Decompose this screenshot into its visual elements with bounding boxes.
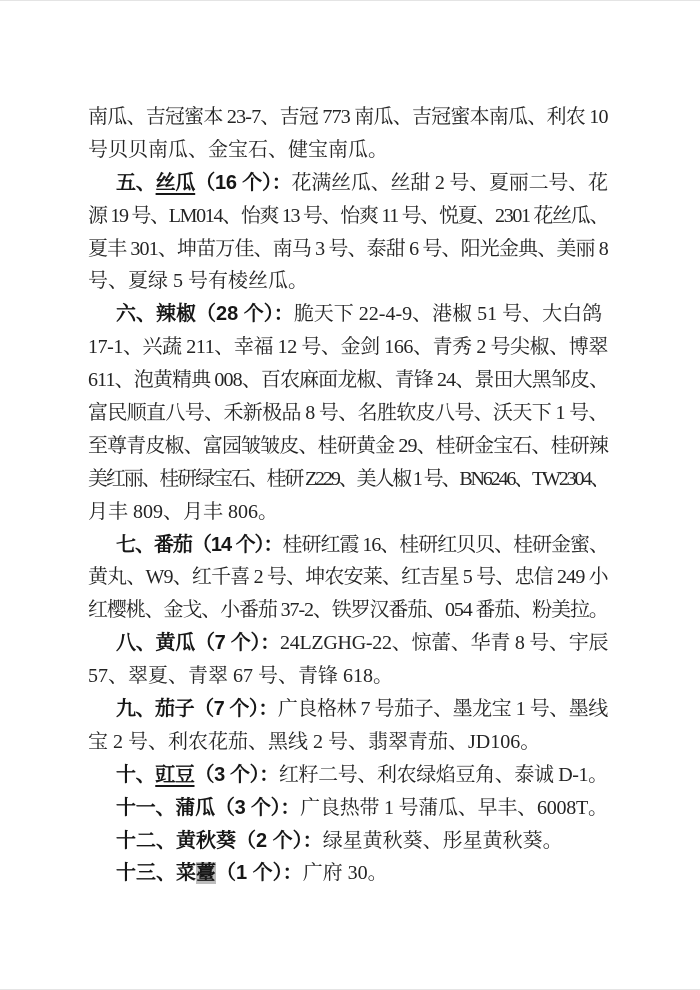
section-title: 茄子 <box>155 698 194 720</box>
body-text: 富民顺直八号、禾新极品 8 号、名胜软皮八号、沃天下 1 号、 <box>88 402 608 424</box>
body-text: 号贝贝南瓜、金宝石、健宝南瓜。 <box>88 139 388 161</box>
section-line: 十三、菜薹（1 个）：广府 30。 <box>88 857 608 890</box>
section-title: 黄秋葵 <box>176 830 236 852</box>
section-title: 七、 <box>116 534 154 556</box>
section-title-highlighted: 薹 <box>196 862 216 884</box>
section-title: （2 个）： <box>236 830 323 852</box>
doc-line: 南瓜、吉冠蜜本 23-7、吉冠 773 南瓜、吉冠蜜本南瓜、利农 10 <box>88 101 608 134</box>
body-text: 17-1、兴蔬 211、幸福 12 号、金剑 166、青秀 2 号尖椒、博翠 <box>88 336 608 358</box>
doc-line: 至尊青皮椒、富园皱皱皮、桂研黄金 29、桂研金宝石、桂研辣 <box>88 430 608 463</box>
body-text: 至尊青皮椒、富园皱皱皮、桂研黄金 29、桂研金宝石、桂研辣 <box>88 435 608 457</box>
section-line: 九、茄子（7 个）：广良格林 7 号茄子、墨龙宝 1 号、墨线 <box>88 693 608 726</box>
body-text: 611、泡黄精典 008、百农麻面龙椒、青锋 24、景田大黑邹皮、 <box>88 369 608 391</box>
body-text: 红籽二号、利农绿焰豆角、泰诚 D-1。 <box>279 764 608 786</box>
doc-line: 宝 2 号、利农花茄、黑线 2 号、翡翠青茄、JD106。 <box>88 726 608 759</box>
section-title: （3 个）： <box>215 797 300 819</box>
body-text: 广良格林 7 号茄子、墨龙宝 1 号、墨线 <box>278 698 608 720</box>
section-title: 八、 <box>116 632 155 654</box>
section-title: 五、 <box>116 172 156 194</box>
body-text: 花满丝瓜、丝甜 2 号、夏丽二号、花 <box>292 172 608 194</box>
doc-line: 号、夏绿 5 号有棱丝瓜。 <box>88 265 608 298</box>
section-line: 六、辣椒（28 个）：脆天下 22-4-9、港椒 51 号、大白鸽 <box>88 298 608 331</box>
body-text: 绿星黄秋葵、彤星黄秋葵。 <box>323 830 563 852</box>
doc-line: 夏丰 301、坤苗万佳、南马 3 号、泰甜 6 号、阳光金典、美丽 8 <box>88 233 608 266</box>
section-title: 十二、 <box>116 830 176 852</box>
body-text: 红樱桃、金戈、小番茄 37-2、铁罗汉番茄、054 番茄、粉美拉。 <box>88 599 608 621</box>
section-line: 十一、蒲瓜（3 个）：广良热带 1 号蒲瓜、早丰、6008T。 <box>88 792 608 825</box>
doc-line: 17-1、兴蔬 211、幸福 12 号、金剑 166、青秀 2 号尖椒、博翠 <box>88 331 608 364</box>
body-text: 广良热带 1 号蒲瓜、早丰、6008T。 <box>300 797 608 819</box>
section-line: 八、黄瓜（7 个）：24LZGHG-22、惊蕾、华青 8 号、宇辰 <box>88 627 608 660</box>
section-title: （3 个）： <box>195 764 279 786</box>
section-title: （14 个）： <box>192 534 283 556</box>
body-text: 夏丰 301、坤苗万佳、南马 3 号、泰甜 6 号、阳光金典、美丽 8 <box>88 238 608 260</box>
body-text: 广府 30。 <box>303 862 388 884</box>
section-title: 十三、 <box>116 862 176 884</box>
body-text: 源 19 号、LM014、怡爽 13 号、怡爽 11 号、悦夏、2301 花丝瓜… <box>88 205 608 227</box>
section-title: 十一、 <box>116 797 175 819</box>
section-title: （7 个）： <box>195 632 280 654</box>
body-text: 脆天下 22-4-9、港椒 51 号、大白鸽 <box>294 303 602 325</box>
body-text: 月丰 809、月丰 806。 <box>88 501 278 523</box>
doc-line: 月丰 809、月丰 806。 <box>88 496 608 529</box>
doc-line: 611、泡黄精典 008、百农麻面龙椒、青锋 24、景田大黑邹皮、 <box>88 364 608 397</box>
section-title: （16 个）： <box>195 172 291 194</box>
section-title: 黄瓜 <box>155 632 194 654</box>
body-text: 宝 2 号、利农花茄、黑线 2 号、翡翠青茄、JD106。 <box>88 731 540 753</box>
doc-line: 富民顺直八号、禾新极品 8 号、名胜软皮八号、沃天下 1 号、 <box>88 397 608 430</box>
section-title: （7 个）： <box>194 698 278 720</box>
body-text: 桂研红霞 16、桂研红贝贝、桂研金蜜、 <box>283 534 608 556</box>
body-text: 美红丽、桂研绿宝石、桂研 Z229、美人椒 1 号、BN6246、TW2304、 <box>88 468 608 490</box>
doc-line: 红樱桃、金戈、小番茄 37-2、铁罗汉番茄、054 番茄、粉美拉。 <box>88 594 608 627</box>
text-block: 南瓜、吉冠蜜本 23-7、吉冠 773 南瓜、吉冠蜜本南瓜、利农 10号贝贝南瓜… <box>88 101 608 890</box>
doc-line: 美红丽、桂研绿宝石、桂研 Z229、美人椒 1 号、BN6246、TW2304、 <box>88 463 608 496</box>
section-line: 十二、黄秋葵（2 个）：绿星黄秋葵、彤星黄秋葵。 <box>88 825 608 858</box>
section-title: （1 个）： <box>216 862 303 884</box>
doc-line: 号贝贝南瓜、金宝石、健宝南瓜。 <box>88 134 608 167</box>
doc-line: 57、翠夏、青翠 67 号、青锋 618。 <box>88 660 608 693</box>
doc-line: 黄丸、W9、红千喜 2 号、坤农安莱、红吉星 5 号、忠信 249 小 <box>88 561 608 594</box>
body-text: 黄丸、W9、红千喜 2 号、坤农安莱、红吉星 5 号、忠信 249 小 <box>88 566 608 588</box>
body-text: 24LZGHG-22、惊蕾、华青 8 号、宇辰 <box>280 632 608 654</box>
section-title: 九、 <box>116 698 155 720</box>
body-text: 南瓜、吉冠蜜本 23-7、吉冠 773 南瓜、吉冠蜜本南瓜、利农 10 <box>88 106 608 128</box>
body-text: 57、翠夏、青翠 67 号、青锋 618。 <box>88 665 393 687</box>
section-title: 蒲瓜 <box>175 797 215 819</box>
section-title: 番茄 <box>154 534 192 556</box>
document-page: 南瓜、吉冠蜜本 23-7、吉冠 773 南瓜、吉冠蜜本南瓜、利农 10号贝贝南瓜… <box>0 0 700 990</box>
section-line: 七、番茄（14 个）：桂研红霞 16、桂研红贝贝、桂研金蜜、 <box>88 529 608 562</box>
doc-line: 源 19 号、LM014、怡爽 13 号、怡爽 11 号、悦夏、2301 花丝瓜… <box>88 200 608 233</box>
section-title: 辣椒 <box>156 303 196 325</box>
section-title: 六、 <box>116 303 156 325</box>
section-title: 十、 <box>116 764 155 786</box>
section-line: 十、豇豆（3 个）：红籽二号、利农绿焰豆角、泰诚 D-1。 <box>88 759 608 792</box>
body-text: 号、夏绿 5 号有棱丝瓜。 <box>88 270 308 292</box>
section-title-underlined: 豇豆 <box>155 764 194 786</box>
section-title: 菜 <box>176 862 196 884</box>
section-title: （28 个）： <box>196 303 294 325</box>
section-line: 五、丝瓜（16 个）：花满丝瓜、丝甜 2 号、夏丽二号、花 <box>88 167 608 200</box>
section-title-underlined: 丝瓜 <box>156 172 196 194</box>
